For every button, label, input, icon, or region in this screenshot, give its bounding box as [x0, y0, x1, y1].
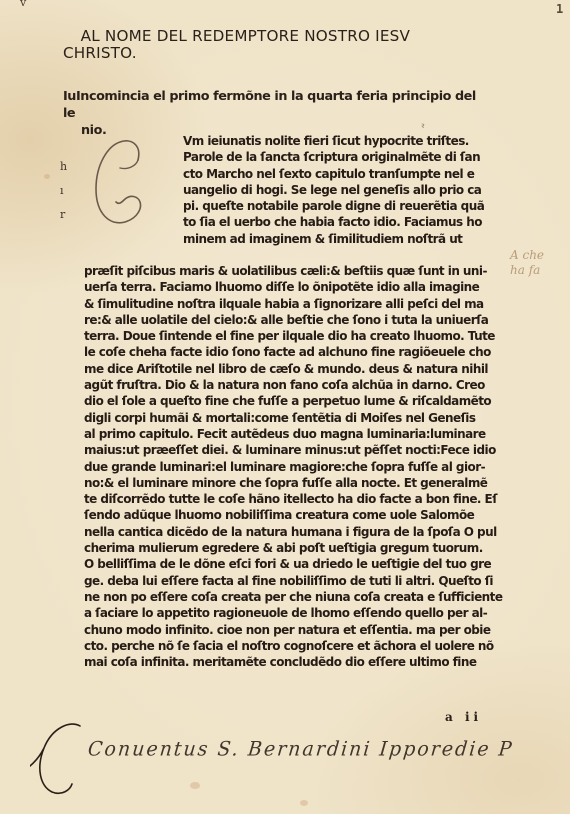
heading-line-1: AL NOME DEL REDEMPTORE NOSTRO IESV: [63, 28, 475, 45]
guide-letter: h: [60, 155, 76, 179]
initial-c-icon: [90, 134, 150, 234]
text-line: pi. queſte notabile parole digne di reue…: [183, 198, 484, 214]
guide-letters: h ı r: [60, 155, 76, 225]
text-line: nella cantica dicẽdo de la natura humana…: [84, 524, 502, 540]
inscription-text: Conuentus S. Bernardini Ipporedie P: [87, 737, 515, 760]
text-line: mai coſa infinita. meritamẽte concludẽdo…: [84, 654, 502, 670]
text-line: ge. deba lui eſſere facta al fine nobili…: [84, 573, 502, 589]
folio-mark: 1: [556, 2, 563, 16]
rubric-line-1: IuIncomincia el primo fermõne in la quar…: [63, 89, 476, 121]
text-line: terra. Doue ſintende el fine per ilquale…: [84, 328, 502, 344]
text-line: no:& el luminare minore che ſopra fuſſe …: [84, 475, 502, 491]
text-line: minem ad imaginem & ſimilitudiem noſtrã …: [183, 231, 484, 247]
marginal-note-line: ha fa: [510, 263, 544, 278]
text-line: Vm ieiunatis nolite fieri ſicut hypocrit…: [183, 133, 484, 149]
text-line: digli corpi humãi & mortali:come ſentẽti…: [84, 410, 502, 426]
text-line: cto Marcho nel ſexto capitulo tranſumpte…: [183, 166, 484, 182]
text-line: al primo capitulo. Fecit autẽdeus duo ma…: [84, 426, 502, 442]
text-line: agũt fruſtra. Dio & la natura non fano c…: [84, 377, 502, 393]
book-page: v 1 AL NOME DEL REDEMPTORE NOSTRO IESV C…: [0, 0, 570, 814]
text-line: uerſa terra. Faciamo lhuomo diſſe lo õni…: [84, 279, 502, 295]
text-line: ne non po eſſere coſa creata per che niu…: [84, 589, 502, 605]
text-block-full: præſit piſcibus maris & uolatilibus cæli…: [84, 263, 502, 670]
text-line: me dice Ariſtotile nel libro de cæſo & m…: [84, 361, 502, 377]
paper-stain: [44, 174, 50, 179]
corner-mark: v: [20, 0, 26, 9]
marginal-note-line: A che: [510, 248, 544, 263]
text-line: & ſimulitudine noſtra ilquale habia a ſi…: [84, 296, 502, 312]
text-line: chuno modo infinito. cioe non per natura…: [84, 622, 502, 638]
flourish-c-icon: [30, 720, 90, 800]
handwritten-inscription: Conuentus S. Bernardini Ipporedie P: [30, 720, 550, 800]
guide-letter: r: [60, 203, 76, 227]
text-line: cherima mulierum egredere & abi poſt ueſ…: [84, 540, 502, 556]
text-line: te diſcorrẽdo tutte le coſe hãno itellec…: [84, 491, 502, 507]
paper-stain: [190, 782, 200, 789]
text-line: to ſia el uerbo che habia facto idio. Fa…: [183, 214, 484, 230]
decorated-initial-c: [90, 134, 150, 234]
text-line: Parole de la ſancta ſcriptura originalmẽ…: [183, 149, 484, 165]
text-line: O belliſſima de le dõne eſci fori & ua d…: [84, 556, 502, 572]
page-heading: AL NOME DEL REDEMPTORE NOSTRO IESV CHRIS…: [63, 28, 475, 62]
guide-letter: ı: [60, 179, 76, 203]
text-line: maius:ut præeſſet diei. & luminare minus…: [84, 442, 502, 458]
text-line: due grande luminari:el luminare magiore:…: [84, 459, 502, 475]
text-line: uangelio di hogi. Se lege nel geneſis al…: [183, 182, 484, 198]
paper-stain: [300, 800, 308, 806]
marginal-note: A che ha fa: [510, 248, 544, 278]
text-line: præſit piſcibus maris & uolatilibus cæli…: [84, 263, 502, 279]
text-line: ſendo adũque lhuomo nobiliſſima creatura…: [84, 507, 502, 523]
text-line: dio el ſole a queſto fine che fuſſe a pe…: [84, 393, 502, 409]
top-annotation: ꝛ: [420, 120, 424, 131]
text-line: le coſe cheha facte idio ſono facte ad a…: [84, 344, 502, 360]
text-block-indented: Vm ieiunatis nolite fieri ſicut hypocrit…: [183, 133, 484, 247]
text-line: cto. perche nõ ſe ſacia el noſtro cognoſ…: [84, 638, 502, 654]
heading-line-2: CHRISTO.: [63, 45, 475, 62]
text-line: re:& alle uolatile del cielo:& alle beſt…: [84, 312, 502, 328]
rubric: IuIncomincia el primo fermõne in la quar…: [63, 88, 483, 139]
text-line: a ſaciare lo appetito ragioneuole de lho…: [84, 605, 502, 621]
